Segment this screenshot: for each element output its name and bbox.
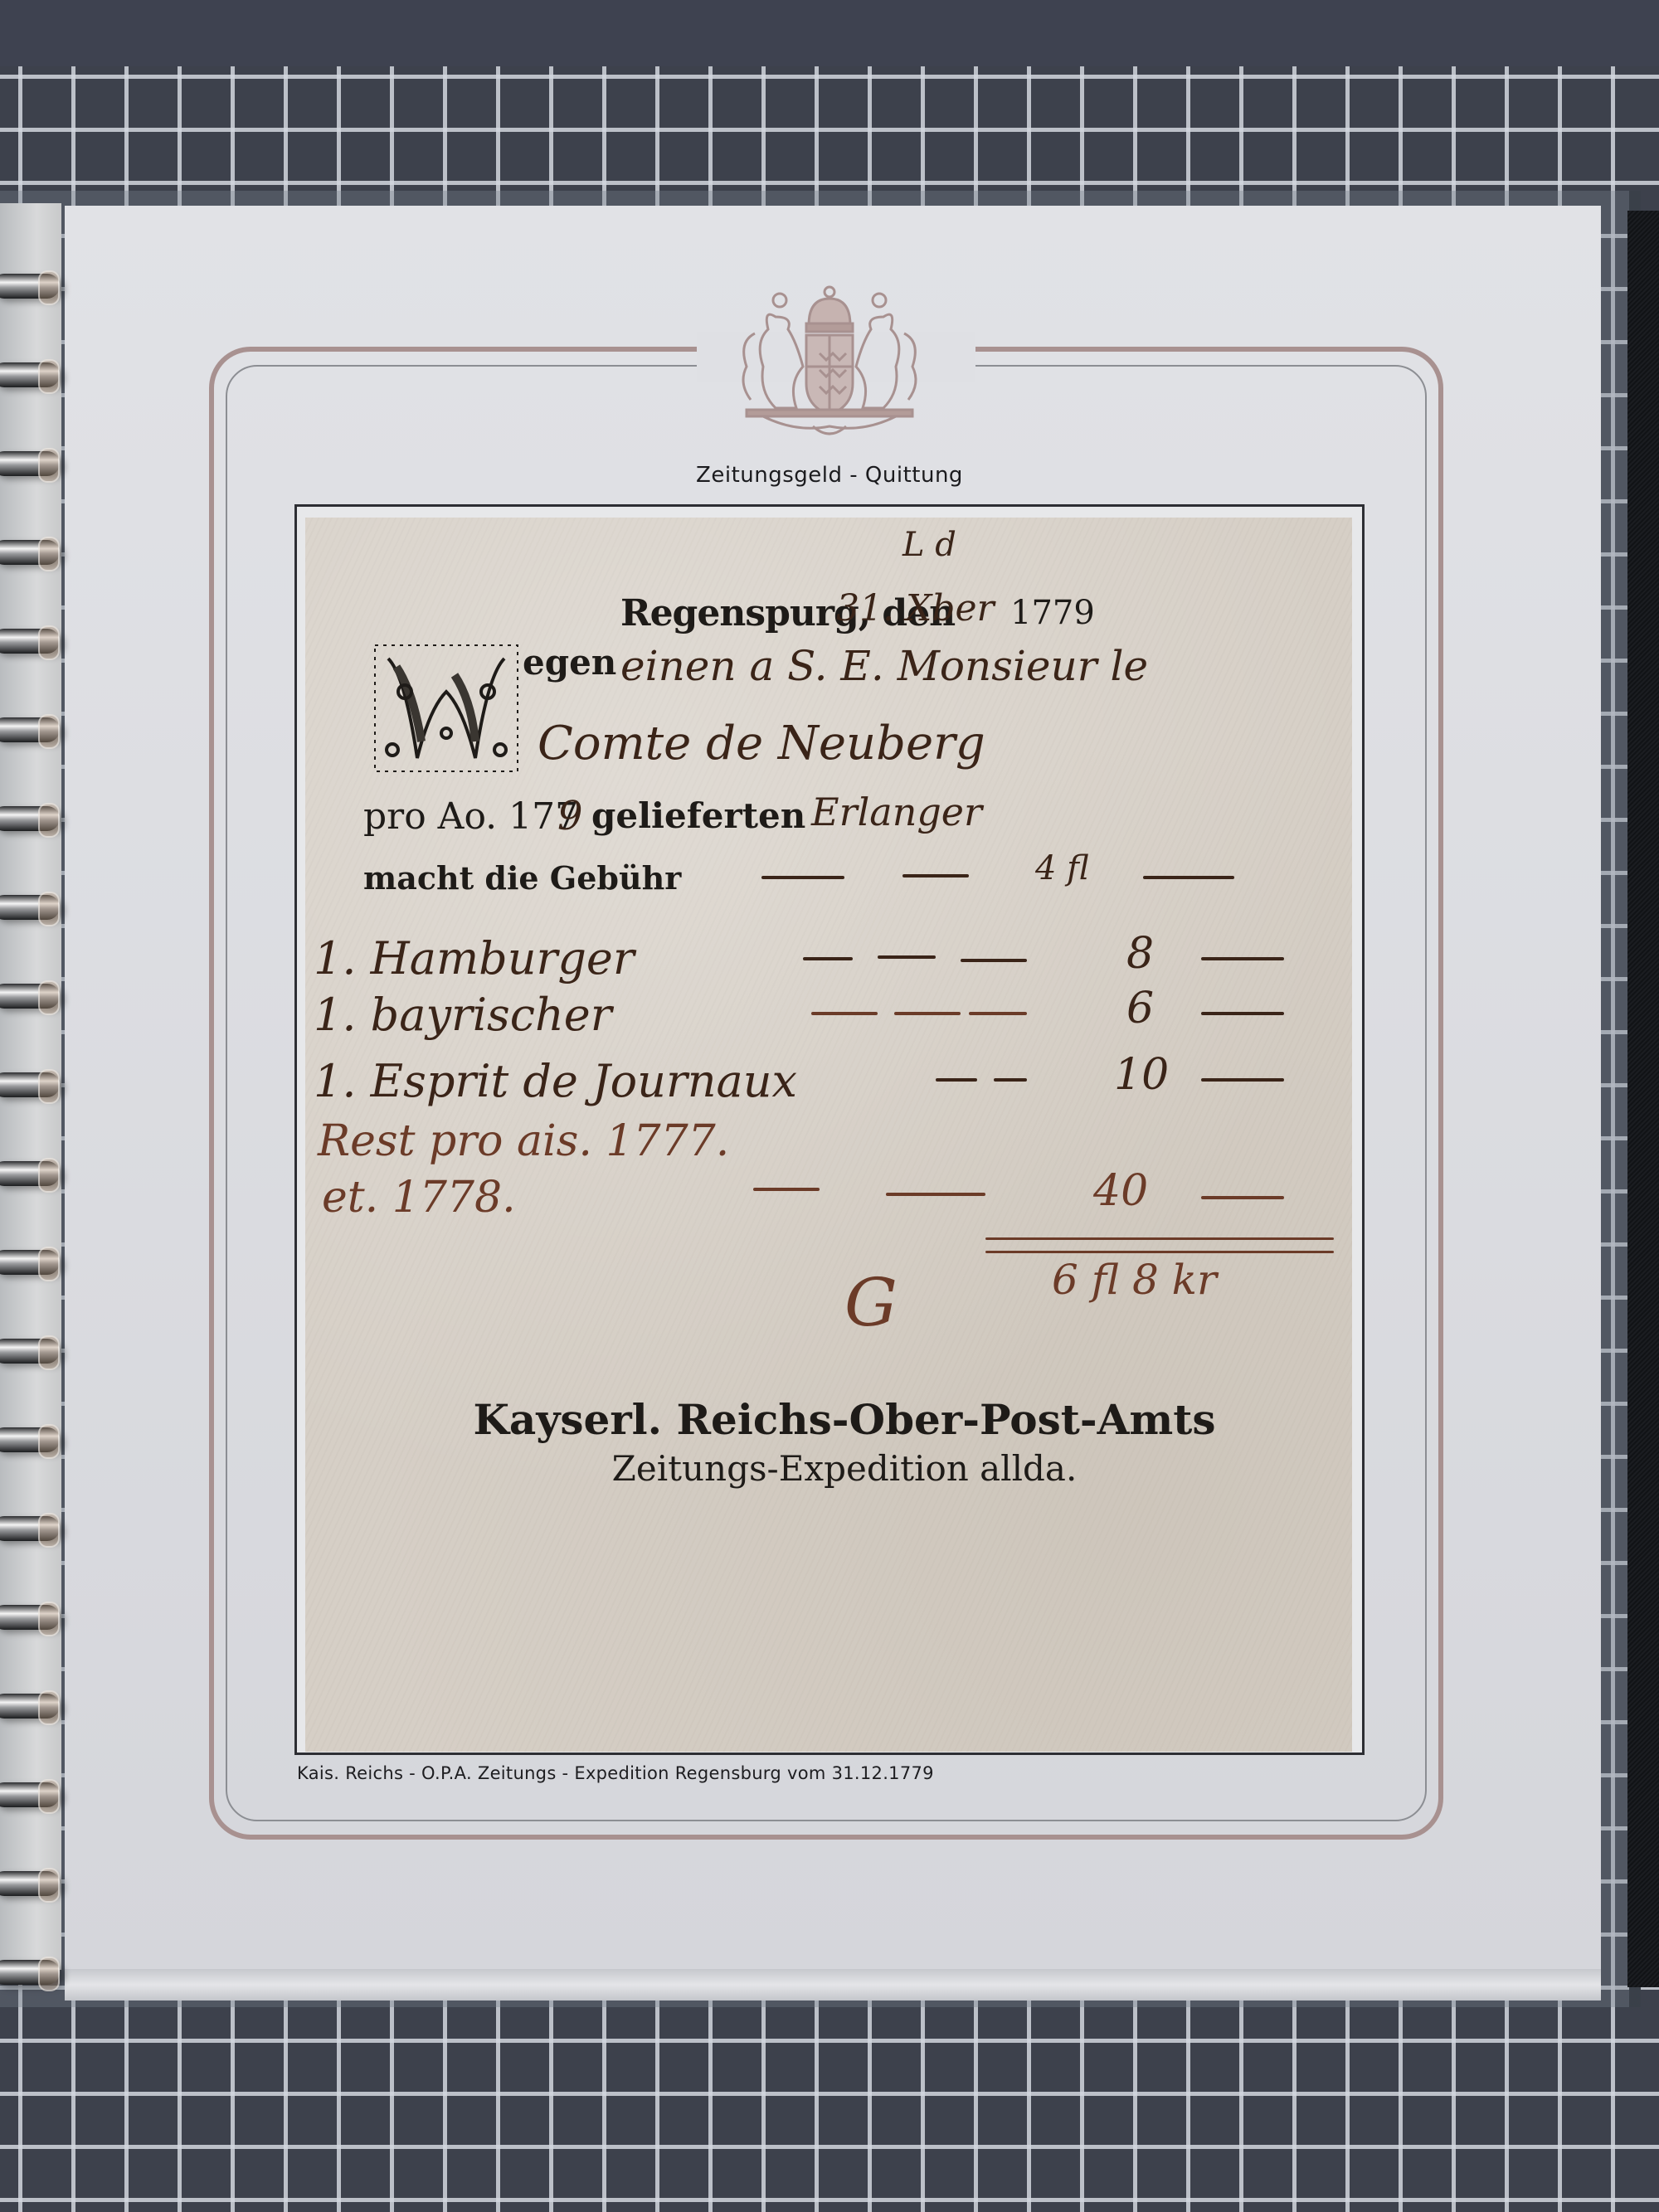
rest-line: Rest pro ais. 1777. [318,1116,729,1166]
binder-ring [0,1339,60,1364]
amount-bayrischer: 6 [1126,984,1154,1033]
rest-amount: 40 [1093,1166,1148,1216]
ledger-dash [894,1012,961,1015]
total-amount: 6 fl 8 kr [1052,1256,1217,1304]
printed-pro-anno: pro Ao. 177 [363,795,578,838]
ledger-dash [761,876,844,879]
binder-ring [0,629,60,654]
mat-top-band [0,0,1659,66]
binder-ring [0,1871,60,1896]
ledger-dash [886,1193,985,1196]
printed-footer-line1: Kayserl. Reichs-Ober-Post-Amts [438,1395,1251,1444]
ledger-dash [902,874,969,878]
printed-footer-line2: Zeitungs-Expedition allda. [438,1448,1251,1489]
ledger-dash [1201,1196,1284,1199]
amount-esprit-de-journaux: 10 [1114,1050,1169,1100]
ledger-dash [969,1012,1027,1015]
binder-ring [0,362,60,387]
ledger-dash [994,1078,1027,1082]
handwritten-year-suffix: 9 [557,793,583,839]
binder-ring [0,1960,60,1985]
handwritten-newspaper-main: Erlanger [811,790,982,834]
binder-ring [0,1694,60,1719]
total-prefix: G [844,1264,898,1341]
first-amount: 4 fl [1035,849,1089,887]
binder-ring [0,451,60,476]
handwritten-top-note: L d [902,526,956,564]
binder-ring [0,984,60,1009]
coat-of-arms-icon [730,284,929,441]
binder-spine [1627,211,1659,1987]
ledger-dash [1201,1078,1284,1082]
sum-line [985,1237,1334,1240]
amount-hamburger: 8 [1126,929,1154,979]
page-sleeve-edge [65,1969,1601,2001]
entry-hamburger: 1. Hamburger [314,932,635,984]
decorative-initial-w-icon [372,642,521,775]
handwritten-date: 31. Xber [836,587,995,630]
binder-ring [0,540,60,565]
printed-egen: egen [523,642,616,683]
ledger-dash [878,955,936,959]
handwritten-recipient-line2: Comte de Neuberg [538,717,985,771]
binder-ring [0,274,60,299]
binder-ring [0,806,60,831]
binder-ring [0,1782,60,1807]
handwritten-recipient-line1: einen a S. E. Monsieur le [620,642,1148,690]
entry-bayrischer: 1. bayrischer [314,989,612,1041]
ledger-dash [1143,876,1234,879]
rest-line-2: et. 1778. [322,1173,516,1223]
page-title: Zeitungsgeld - Quittung [199,463,1460,488]
sum-line [985,1251,1334,1253]
receipt-document: Regenspurg, den 31. Xber 1779 L d egen e… [305,518,1352,1752]
binder-ring [0,1427,60,1452]
binder-ring [0,1072,60,1097]
binder-ring [0,1250,60,1275]
ledger-dash [1201,1012,1284,1015]
ledger-dash [1201,957,1284,960]
printed-macht-gebuehr: macht die Gebühr [363,859,681,897]
binder-ring [0,717,60,742]
ledger-dash [803,957,853,960]
page-caption: Kais. Reichs - O.P.A. Zeitungs - Expedit… [297,1763,1375,1783]
binder-ring [0,1516,60,1541]
entry-esprit-de-journaux: 1. Esprit de Journaux [314,1055,797,1107]
ledger-dash [753,1188,820,1191]
binder-ring [0,1161,60,1186]
binder-ring [0,895,60,920]
printed-gelieferten: gelieferten [591,795,805,836]
binder-ring [0,1605,60,1630]
printed-year: 1779 [1010,594,1095,632]
ledger-dash [936,1078,977,1082]
ledger-dash [961,959,1027,962]
ledger-dash [811,1012,878,1015]
